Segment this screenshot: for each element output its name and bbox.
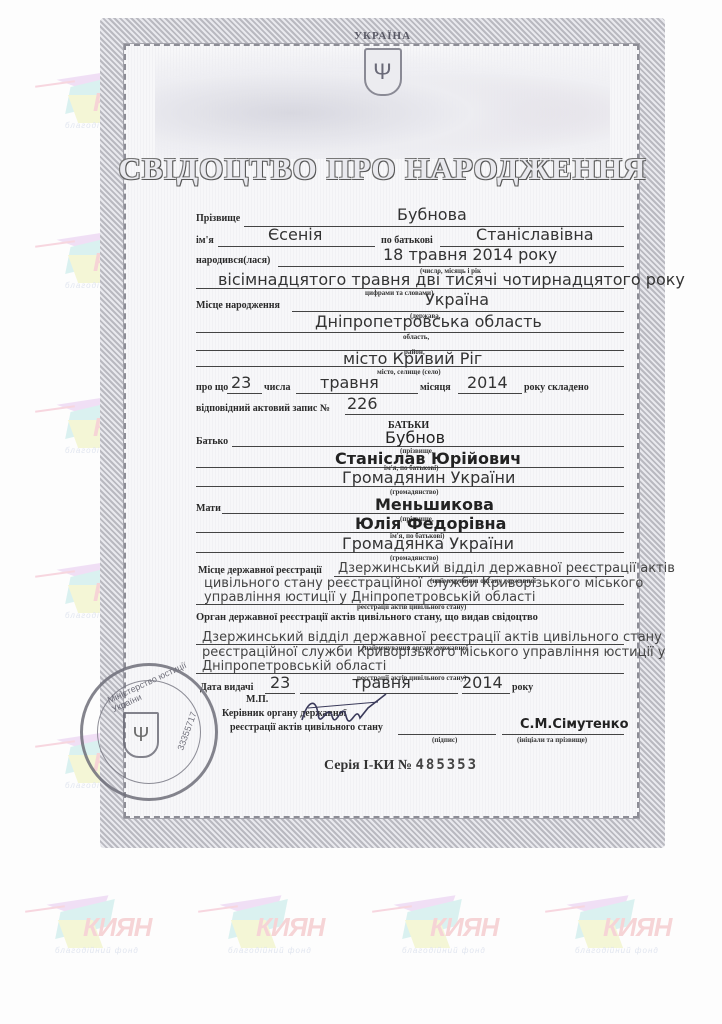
record-year: 2014 xyxy=(467,373,508,392)
birth-date-words-hint: цифрами та словами) xyxy=(365,289,433,297)
birthplace-label: Місце народження xyxy=(196,300,280,311)
record-day-label: числа xyxy=(264,382,290,393)
birth-date-digits: 18 травня 2014 року xyxy=(383,245,557,264)
watermark-logo: КИЯНблагодійний фонд xyxy=(198,880,328,965)
issuer-line1: Дзержинський відділ державної реєстрації… xyxy=(202,630,662,645)
birth-date-words: вісімнадцятого травня дві тисячі чотирна… xyxy=(218,270,685,289)
issue-year: 2014 xyxy=(462,673,503,692)
mother-citizenship: Громадянка України xyxy=(342,534,514,553)
document-title: СВІДОЦТВО ПРО НАРОДЖЕННЯ xyxy=(100,151,665,187)
serial-number: Серія І-КИ № 485353 xyxy=(324,757,478,774)
signature-hint: (підпис) xyxy=(432,736,457,744)
head-name: С.М.Сімутенко xyxy=(520,717,629,732)
issuer-line2: реєстраційної служби Криворізького міськ… xyxy=(202,645,666,660)
born-label: народився(лася) xyxy=(196,255,270,266)
father-label: Батько xyxy=(196,436,228,447)
entry-label: відповідний актовий запис № xyxy=(196,403,330,414)
watermark-logo: КИЯНблагодійний фонд xyxy=(25,880,155,965)
record-day: 23 xyxy=(231,373,251,392)
child-patronymic: Станіславівна xyxy=(476,225,594,244)
child-name: Єсенія xyxy=(268,225,322,244)
surname-label: Прізвище xyxy=(196,213,240,224)
mother-label: Мати xyxy=(196,503,221,514)
birthplace-region: Дніпропетровська область xyxy=(315,312,542,331)
trident-icon: Ψ xyxy=(123,712,159,758)
father-citizenship: Громадянин України xyxy=(342,468,515,487)
official-stamp: Міністерство юстиції України Ψ 33355717 xyxy=(80,663,218,801)
record-month: травня xyxy=(320,373,379,392)
mother-name: Юлія Федорівна xyxy=(355,514,506,533)
issuer-line3: Дніпропетровській області xyxy=(202,659,386,674)
registration-place-line1: Дзержинський відділ державної реєстрації… xyxy=(338,561,675,576)
entry-number: 226 xyxy=(347,394,378,413)
issuer-label: Орган державної реєстрації актів цивільн… xyxy=(196,612,538,623)
record-month-label: місяця xyxy=(420,382,451,393)
issue-date-label: Дата видачі xyxy=(200,682,253,693)
city-hint: місто, селище (село) xyxy=(377,368,441,376)
head-name-hint: (ініціали та прізвище) xyxy=(517,736,587,744)
birthplace-city: місто Кривий Ріг xyxy=(343,349,482,368)
registration-hint-bottom: реєстрації актів цивільного стану) xyxy=(357,603,466,611)
country-header: УКРАЇНА xyxy=(100,30,665,42)
issue-year-label: року xyxy=(512,682,533,693)
registration-place-label: Місце державної реєстрації xyxy=(198,565,322,576)
signature xyxy=(298,690,388,730)
name-label: ім'я xyxy=(196,235,214,246)
child-surname: Бубнова xyxy=(397,205,467,224)
issue-day: 23 xyxy=(270,673,290,692)
mother-surname: Меньшикова xyxy=(375,495,494,514)
birthplace-country: Україна xyxy=(425,290,489,309)
trident-icon: Ψ xyxy=(364,48,402,96)
record-year-label: року складено xyxy=(524,382,589,393)
stamp-place-label: М.П. xyxy=(246,694,268,705)
registration-place-line2: цивільного стану реєстраційної служби Кр… xyxy=(204,576,643,591)
watermark-logo: КИЯНблагодійний фонд xyxy=(372,880,502,965)
region-hint: область, xyxy=(403,333,429,341)
record-prefix: про що xyxy=(196,382,228,393)
father-surname: Бубнов xyxy=(385,428,445,447)
watermark-logo: КИЯНблагодійний фонд xyxy=(545,880,675,965)
